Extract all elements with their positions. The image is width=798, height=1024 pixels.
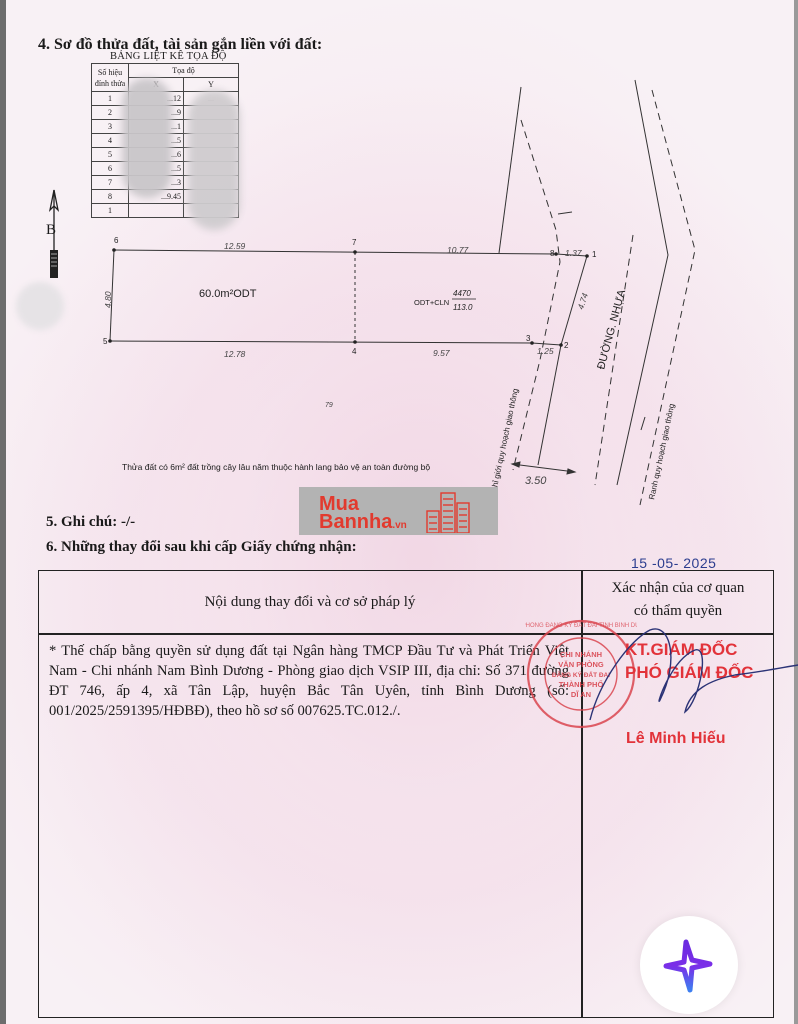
land-use-code: ODT+CLN bbox=[414, 298, 449, 307]
area-label: 60.0m²ODT bbox=[199, 288, 257, 300]
edge-length: 12.59 bbox=[224, 241, 246, 251]
section-5-title: 5. Ghi chú: -/- bbox=[46, 514, 135, 531]
parcel-area: 113.0 bbox=[453, 303, 473, 312]
vertex-1: 1 bbox=[592, 250, 597, 259]
parcel-number: 4470 bbox=[453, 289, 471, 298]
watermark-logo: Mua Bannha.vn bbox=[299, 487, 498, 535]
signature-scribble bbox=[560, 620, 798, 730]
vertex-4: 4 bbox=[352, 347, 357, 356]
column-header-content: Nội dung thay đổi và cơ sở pháp lý bbox=[39, 571, 581, 633]
edge-length: 1.25 bbox=[537, 346, 554, 356]
change-entry: * Thế chấp bằng quyền sử dụng đất tại Ng… bbox=[49, 641, 569, 721]
vertex-5: 5 bbox=[103, 337, 108, 346]
section-6-title: 6. Những thay đổi sau khi cấp Giấy chứng… bbox=[46, 539, 357, 556]
edge-length: 4.74 bbox=[575, 292, 590, 311]
assistant-button[interactable] bbox=[640, 916, 738, 1014]
document-page: 4. Sơ đồ thửa đất, tài sản gắn liền với … bbox=[0, 0, 798, 1024]
planning-line-label: Chỉ giới quy hoạch giao thông bbox=[489, 388, 520, 494]
planning-boundary-label: Ranh quy hoạch giao thông bbox=[647, 403, 676, 501]
sparkle-star-icon bbox=[640, 916, 738, 1014]
edge-length: 4.80 bbox=[103, 291, 113, 308]
edge-length: 12.78 bbox=[224, 349, 246, 359]
vertex-2: 2 bbox=[564, 341, 569, 350]
edge-length: 9.57 bbox=[433, 348, 450, 358]
vertex-3: 3 bbox=[526, 334, 531, 343]
plot-note: Thửa đất có 6m² đất trồng cây lâu năm th… bbox=[122, 462, 430, 472]
edge-length: 10.77 bbox=[447, 245, 469, 255]
land-plot-diagram: 6 7 8 1 5 4 3 2 12.59 10.77 1.37 12.78 9… bbox=[0, 0, 798, 520]
building-icon bbox=[425, 491, 477, 533]
road-width: 3.50 bbox=[525, 475, 547, 487]
road-name: ĐƯỜNG. NHỰA bbox=[594, 288, 628, 371]
vertex-6: 6 bbox=[114, 236, 119, 245]
date-stamp: 15 -05- 2025 bbox=[631, 555, 716, 571]
vertex-7: 7 bbox=[352, 238, 357, 247]
vertex-8: 8 bbox=[550, 249, 555, 258]
signer-name: Lê Minh Hiếu bbox=[626, 730, 726, 748]
watermark-text: Bannha.vn bbox=[319, 513, 407, 535]
stray-mark: 79 bbox=[325, 402, 333, 409]
edge-length: 1.37 bbox=[565, 248, 582, 258]
